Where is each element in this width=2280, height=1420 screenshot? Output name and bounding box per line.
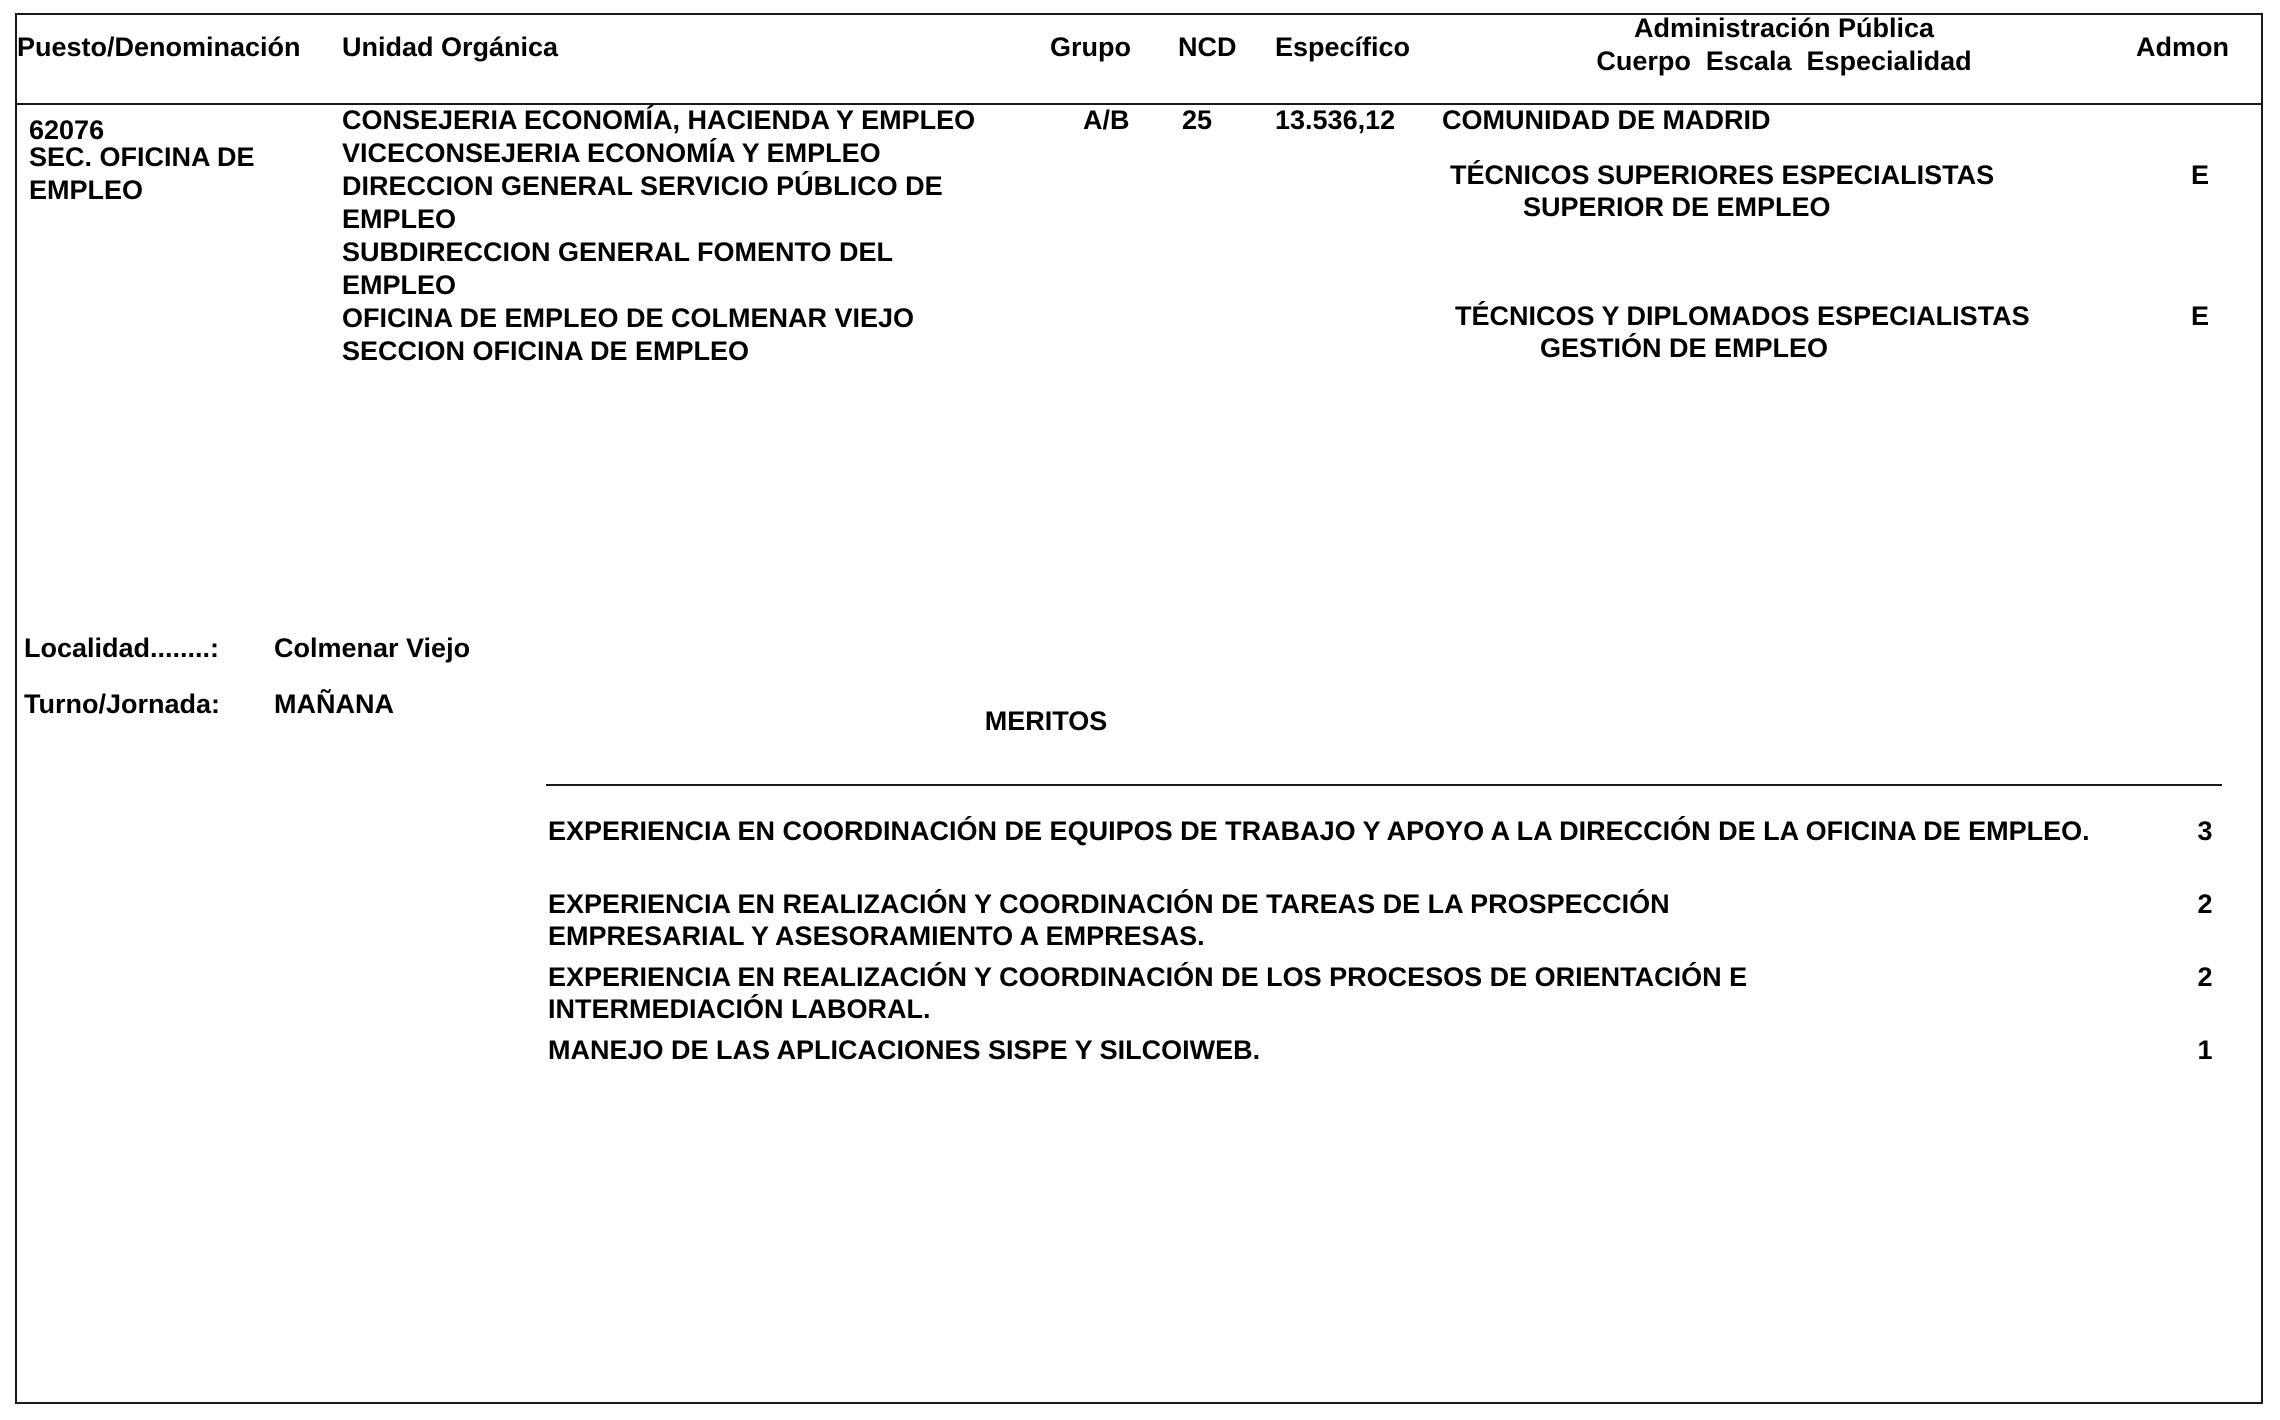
header-puesto: Puesto/Denominación [17, 31, 301, 64]
header-cuerpo-escala: Cuerpo Escala Especialidad [1484, 45, 2084, 78]
cuerpo-1: TÉCNICOS SUPERIORES ESPECIALISTAS [1450, 159, 1994, 192]
merito-score: 3 [2190, 815, 2220, 847]
header-admin-publica: Administración Pública [1484, 12, 2084, 45]
header-admon: Admon [2136, 31, 2229, 64]
puesto-denominacion: SEC. OFICINA DE EMPLEO [29, 141, 255, 207]
cuerpo-2: TÉCNICOS Y DIPLOMADOS ESPECIALISTAS [1455, 300, 2030, 333]
unidad-line: CONSEJERIA ECONOMÍA, HACIENDA Y EMPLEO [342, 104, 975, 137]
denominacion-line: SEC. OFICINA DE [29, 141, 255, 174]
localidad-value: Colmenar Viejo [274, 632, 470, 665]
header-unidad: Unidad Orgánica [342, 31, 558, 64]
unidad-line: SECCION OFICINA DE EMPLEO [342, 335, 975, 368]
turno-value: MAÑANA [274, 688, 394, 721]
unidad-organica: CONSEJERIA ECONOMÍA, HACIENDA Y EMPLEO V… [342, 104, 975, 368]
header-grupo: Grupo [1050, 31, 1131, 64]
meritos-divider [546, 784, 2222, 786]
unidad-line: DIRECCION GENERAL SERVICIO PÚBLICO DE [342, 170, 975, 203]
admon-2: E [2191, 300, 2209, 333]
turno-label: Turno/Jornada: [24, 688, 220, 721]
merito-item: EXPERIENCIA EN REALIZACIÓN Y COORDINACIÓ… [548, 961, 1868, 1025]
header-ncd: NCD [1178, 31, 1237, 64]
merito-item: EXPERIENCIA EN REALIZACIÓN Y COORDINACIÓ… [548, 888, 1798, 952]
puesto-especifico: 13.536,12 [1275, 104, 1395, 137]
admon-1: E [2191, 159, 2209, 192]
merito-score: 1 [2190, 1034, 2220, 1066]
escala-1: SUPERIOR DE EMPLEO [1523, 191, 1831, 224]
unidad-line: OFICINA DE EMPLEO DE COLMENAR VIEJO [342, 302, 975, 335]
unidad-line: VICECONSEJERIA ECONOMÍA Y EMPLEO [342, 137, 975, 170]
unidad-line: EMPLEO [342, 203, 975, 236]
meritos-title: MERITOS [896, 705, 1196, 738]
header-especifico: Específico [1275, 31, 1410, 64]
merito-item: EXPERIENCIA EN COORDINACIÓN DE EQUIPOS D… [548, 815, 2108, 847]
merito-score: 2 [2190, 961, 2220, 993]
merito-score: 2 [2190, 888, 2220, 920]
merito-item: MANEJO DE LAS APLICACIONES SISPE Y SILCO… [548, 1034, 2108, 1066]
escala-2: GESTIÓN DE EMPLEO [1540, 332, 1828, 365]
localidad-label: Localidad........: [24, 632, 219, 665]
puesto-administracion: COMUNIDAD DE MADRID [1442, 104, 1770, 137]
puesto-ncd: 25 [1182, 104, 1212, 137]
denominacion-line: EMPLEO [29, 174, 255, 207]
puesto-grupo: A/B [1083, 104, 1130, 137]
unidad-line: SUBDIRECCION GENERAL FOMENTO DEL [342, 236, 975, 269]
unidad-line: EMPLEO [342, 269, 975, 302]
